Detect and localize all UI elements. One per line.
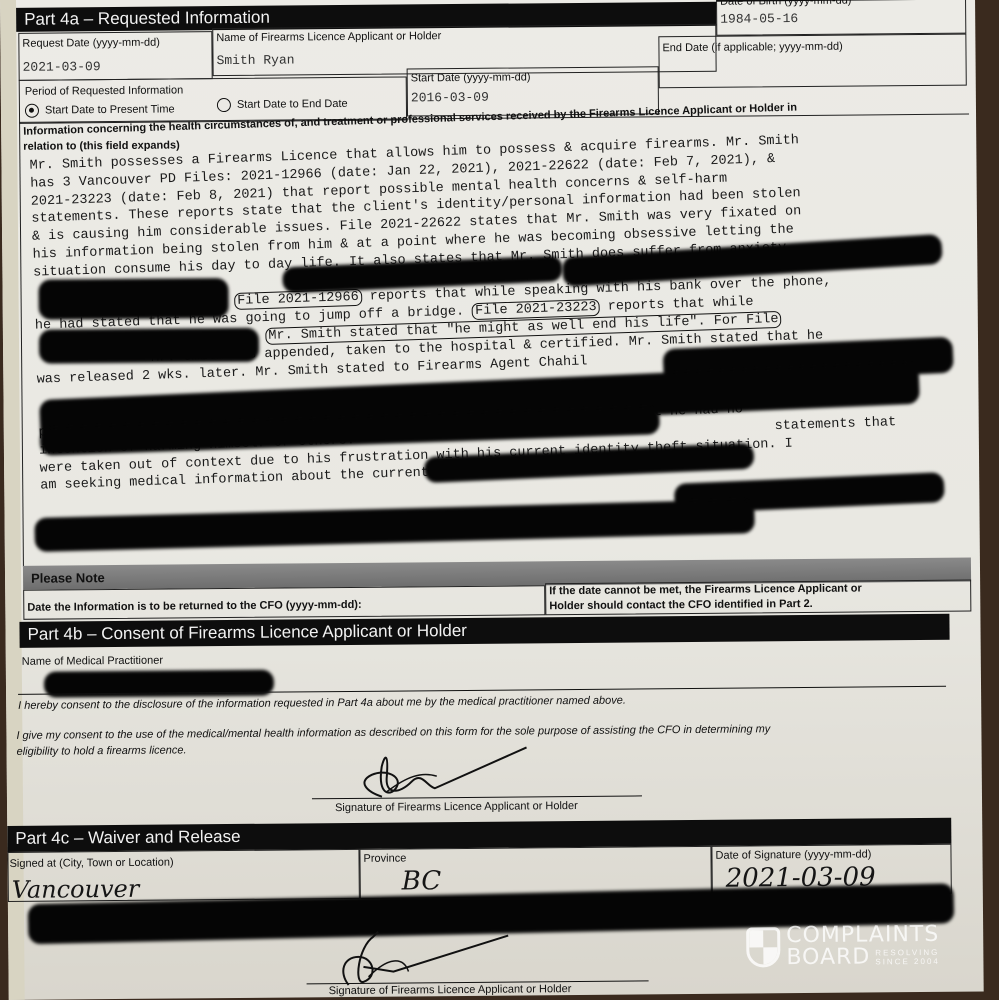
request-date-label: Request Date (yyyy-mm-dd) [22,37,160,50]
watermark-line2: BOARD [786,946,870,969]
signed-at-value[interactable]: Vancouver [12,875,140,904]
province-value[interactable]: BC [402,866,442,896]
period-option-present-label: Start Date to Present Time [45,103,175,116]
part4b-title: Part 4b – Consent of Firearms Licence Ap… [27,621,467,645]
province-label: Province [363,852,406,864]
applicant-name-label: Name of Firearms Licence Applicant or Ho… [216,30,441,44]
complaintsboard-watermark: COMPLAINTS BOARD RESOLVING SINCE 2004 [746,924,940,970]
signature-label-1: Signature of Firearms Licence Applicant … [335,800,578,814]
signature-label-2: Signature of Firearms Licence Applicant … [329,983,572,997]
redaction-mark [39,328,259,364]
dob-label: Date of Birth (yyyy-mm-dd) [720,0,852,8]
request-date-value[interactable]: 2021-03-09 [23,59,101,75]
consent-text-2a: I give my consent to the use of the medi… [16,723,770,742]
please-note-title: Please Note [31,570,105,586]
applicant-signature-1[interactable] [327,745,537,802]
part4b-header: Part 4b – Consent of Firearms Licence Ap… [19,614,949,648]
form-page: Part 4a – Requested Information Request … [0,0,984,1000]
redaction-mark [38,278,228,320]
contact-note-2: Holder should contact the CFO identified… [549,598,813,612]
consent-text-1: I hereby consent to the disclosure of th… [18,695,626,712]
practitioner-label: Name of Medical Practitioner [22,655,163,668]
applicant-signature-2[interactable] [318,926,519,988]
watermark-tag2: SINCE 2004 [875,957,940,967]
body-fragment: statements that [774,415,896,434]
radio-unselected-icon[interactable] [217,98,231,112]
signed-at-label: Signed at (City, Town or Location) [9,857,173,870]
shield-logo-icon [746,927,780,967]
dob-value[interactable]: 1984-05-16 [720,11,798,27]
watermark-tagline: RESOLVING SINCE 2004 [875,948,940,967]
applicant-name-value[interactable]: Smith Ryan [216,52,294,68]
part4c-title: Part 4c – Waiver and Release [15,827,240,849]
info-label-2: relation to (this field expands) [23,139,180,152]
period-label: Period of Requested Information [25,84,183,97]
period-option-enddate[interactable]: Start Date to End Date [217,97,348,112]
radio-selected-icon[interactable] [25,104,39,118]
start-date-value[interactable]: 2016-03-09 [411,90,489,106]
start-date-label: Start Date (yyyy-mm-dd) [411,71,531,84]
period-option-enddate-label: Start Date to End Date [237,98,348,111]
end-date-label: End Date (if applicable; yyyy-mm-dd) [662,41,842,55]
consent-text-2b: eligibility to hold a firearms licence. [17,744,187,757]
date-of-signature-label: Date of Signature (yyyy-mm-dd) [715,848,871,861]
part4a-title: Part 4a – Requested Information [24,8,270,30]
period-option-present[interactable]: Start Date to Present Time [25,102,175,117]
